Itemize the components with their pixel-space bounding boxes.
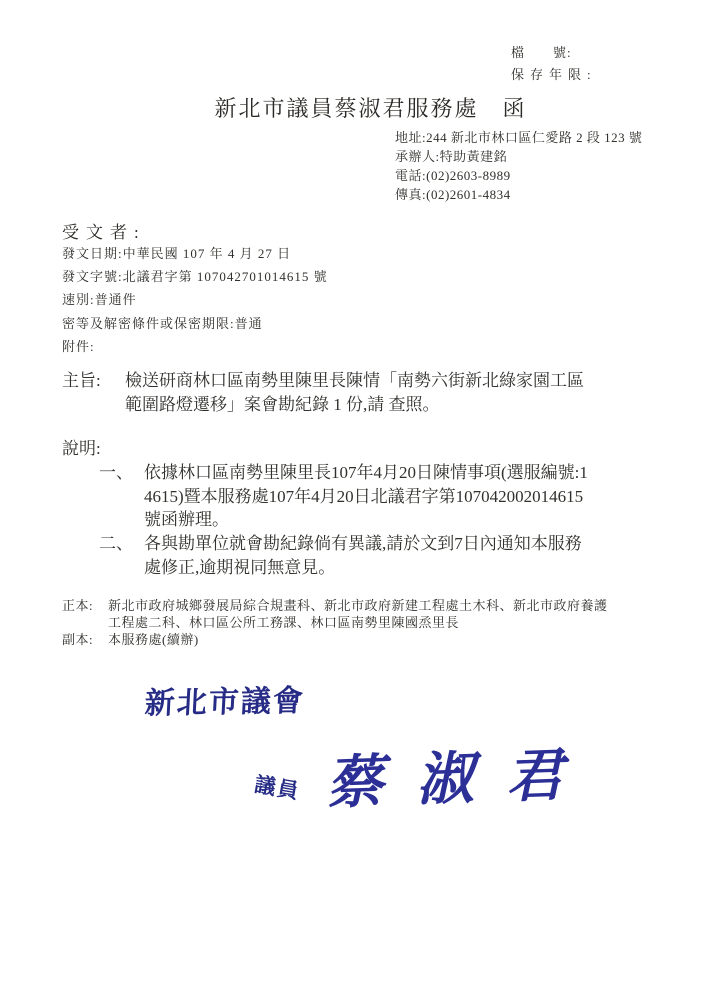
subject-line: 檢送研商林口區南勢里陳里長陳情「南勢六街新北綠家園工區	[125, 369, 584, 393]
description-line: 4615)暨本服務處107年4月20日北議君字第107042002014615	[144, 485, 642, 509]
distribution-section: 正本: 新北市政府城鄉發展局綜合規畫科、新北市政府新建工程處土木科、新北市政府養…	[62, 598, 662, 648]
agency-fax: 傳真:(02)2601-4834	[395, 185, 642, 204]
subject-section: 主旨: 檢送研商林口區南勢里陳里長陳情「南勢六街新北綠家園工區 範圍路燈遷移」案…	[62, 369, 642, 417]
item-text: 各與勘單位就會勘紀錄倘有異議,請於文到7日內通知本服務 處修正,逾期視同無意見。	[144, 532, 642, 580]
official-letter-page: 檔 號: 保存年限: 新北市議員蔡淑君服務處 函 地址:244 新北市林口區仁愛…	[0, 0, 707, 1000]
agency-address: 地址:244 新北市林口區仁愛路 2 段 123 號	[395, 128, 642, 147]
subject-line: 範圍路燈遷移」案會勘紀錄 1 份,請 查照。	[125, 393, 584, 417]
recipient-label: 受文者:	[62, 218, 146, 243]
description-line: 各與勘單位就會勘紀錄倘有異議,請於文到7日內通知本服務	[144, 532, 642, 556]
original-recipients-line: 工程處二科、林口區公所工務課、林口區南勢里陳國烝里長	[108, 615, 608, 632]
description-item: 二、 各與勘單位就會勘紀錄倘有異議,請於文到7日內通知本服務 處修正,逾期視同無…	[62, 532, 642, 580]
signature-council-stamp: 新北市議會	[144, 676, 306, 723]
description-label: 說明:	[62, 437, 642, 461]
description-line: 號函辦理。	[144, 508, 642, 532]
letter-title: 新北市議員蔡淑君服務處 函	[0, 92, 707, 123]
copy-label: 副本:	[62, 632, 108, 649]
copy-recipients-row: 副本: 本服務處(續辦)	[62, 632, 662, 649]
signature-councilor-name: 蔡淑君	[325, 728, 598, 819]
item-number: 二、	[99, 532, 144, 580]
meta-issue-date: 發文日期:中華民國 107 年 4 月 27 日	[62, 242, 328, 265]
subject-text: 檢送研商林口區南勢里陳里長陳情「南勢六街新北綠家園工區 範圍路燈遷移」案會勘紀錄…	[125, 369, 584, 417]
description-line: 依據林口區南勢里陳里長107年4月20日陳情事項(選服編號:1	[144, 461, 642, 485]
copy-recipients: 本服務處(續辦)	[108, 632, 199, 649]
document-meta-block: 發文日期:中華民國 107 年 4 月 27 日 發文字號:北議君字第 1070…	[62, 242, 328, 358]
signature-councilor-title: 議員	[252, 768, 303, 806]
agency-contact-block: 地址:244 新北市林口區仁愛路 2 段 123 號 承辦人:特助黃建銘 電話:…	[395, 128, 642, 204]
retention-period-label: 保存年限:	[511, 64, 597, 86]
original-recipients: 新北市政府城鄉發展局綜合規畫科、新北市政府新建工程處土木科、新北市政府養護 工程…	[108, 598, 608, 632]
original-recipients-row: 正本: 新北市政府城鄉發展局綜合規畫科、新北市政府新建工程處土木科、新北市政府養…	[62, 598, 662, 632]
original-label: 正本:	[62, 598, 108, 632]
agency-contact-person: 承辦人:特助黃建銘	[395, 147, 642, 166]
agency-phone: 電話:(02)2603-8989	[395, 166, 642, 185]
meta-speed: 速別:普通件	[62, 288, 328, 311]
description-line: 處修正,逾期視同無意見。	[144, 556, 642, 580]
meta-security: 密等及解密條件或保密期限:普通	[62, 312, 328, 335]
file-number-label: 檔 號:	[511, 42, 597, 64]
original-recipients-line: 新北市政府城鄉發展局綜合規畫科、新北市政府新建工程處土木科、新北市政府養護	[108, 598, 608, 615]
subject-label: 主旨:	[62, 369, 125, 417]
meta-doc-number: 發文字號:北議君字第 107042701014615 號	[62, 265, 328, 288]
meta-attachment: 附件:	[62, 335, 328, 358]
item-number: 一、	[99, 461, 144, 532]
archive-header: 檔 號: 保存年限:	[511, 42, 597, 86]
description-section: 說明: 一、 依據林口區南勢里陳里長107年4月20日陳情事項(選服編號:1 4…	[62, 437, 642, 580]
item-text: 依據林口區南勢里陳里長107年4月20日陳情事項(選服編號:1 4615)暨本服…	[144, 461, 642, 532]
description-item: 一、 依據林口區南勢里陳里長107年4月20日陳情事項(選服編號:1 4615)…	[62, 461, 642, 532]
